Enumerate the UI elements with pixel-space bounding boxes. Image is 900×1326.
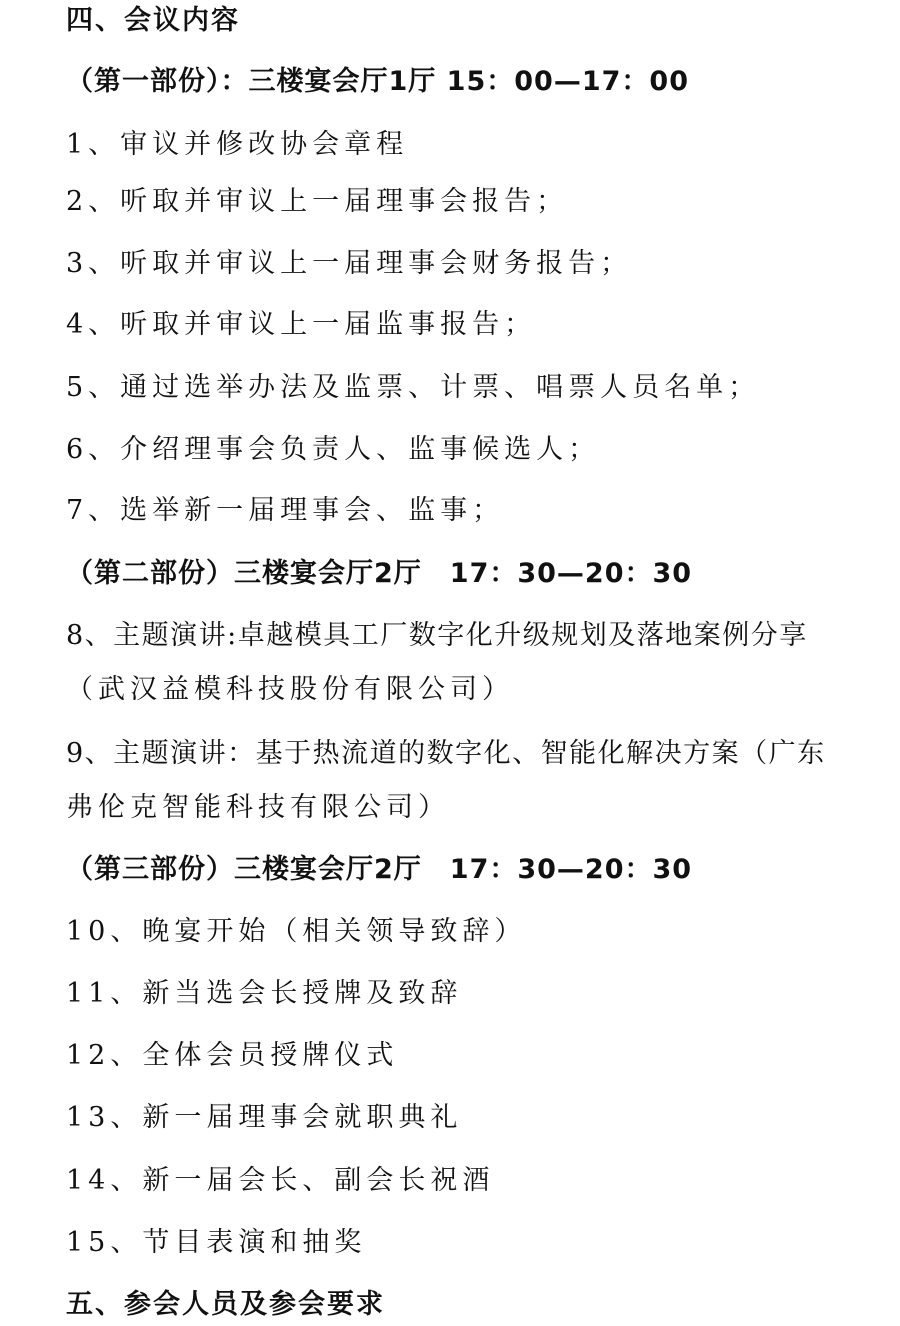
agenda-item-3: 3、听取并审议上一届理事会财务报告； — [66, 247, 632, 281]
agenda-item-1: 1、审议并修改协会章程 — [66, 128, 408, 162]
part-one-header: （第一部份）：三楼宴会厅1厅 15：00—17：00 — [66, 65, 689, 99]
agenda-item-6: 6、介绍理事会负责人、监事候选人； — [66, 433, 600, 467]
agenda-item-4: 4、听取并审议上一届监事报告； — [66, 308, 536, 342]
agenda-item-12: 12、全体会员授牌仪式 — [66, 1039, 398, 1073]
agenda-item-14: 14、新一届会长、副会长祝酒 — [66, 1164, 494, 1198]
part-two-header: （第二部份）三楼宴会厅2厅 17：30—20：30 — [66, 557, 692, 591]
agenda-item-9-line2: 弗伦克智能科技有限公司） — [66, 791, 450, 825]
section-heading-attendees: 五、参会人员及参会要求 — [66, 1288, 385, 1322]
section-heading-meeting-content: 四、会议内容 — [66, 4, 240, 38]
agenda-item-2: 2、听取并审议上一届理事会报告； — [66, 185, 568, 219]
agenda-item-8-line1: 8、主题演讲:卓越模具工厂数字化升级规划及落地案例分享 — [66, 619, 808, 653]
agenda-item-5: 5、通过选举办法及监票、计票、唱票人员名单； — [66, 371, 760, 405]
agenda-item-10: 10、晚宴开始（相关领导致辞） — [66, 915, 526, 949]
part-three-header: （第三部份）三楼宴会厅2厅 17：30—20：30 — [66, 853, 692, 887]
agenda-item-15: 15、节目表演和抽奖 — [66, 1226, 366, 1260]
agenda-item-7: 7、选举新一届理事会、监事； — [66, 494, 504, 528]
agenda-item-9-line1: 9、主题演讲：基于热流道的数字化、智能化解决方案（广东 — [66, 737, 826, 771]
agenda-item-11: 11、新当选会长授牌及致辞 — [66, 977, 462, 1011]
agenda-item-13: 13、新一届理事会就职典礼 — [66, 1101, 462, 1135]
agenda-item-8-line2: （武汉益模科技股份有限公司） — [66, 673, 514, 707]
